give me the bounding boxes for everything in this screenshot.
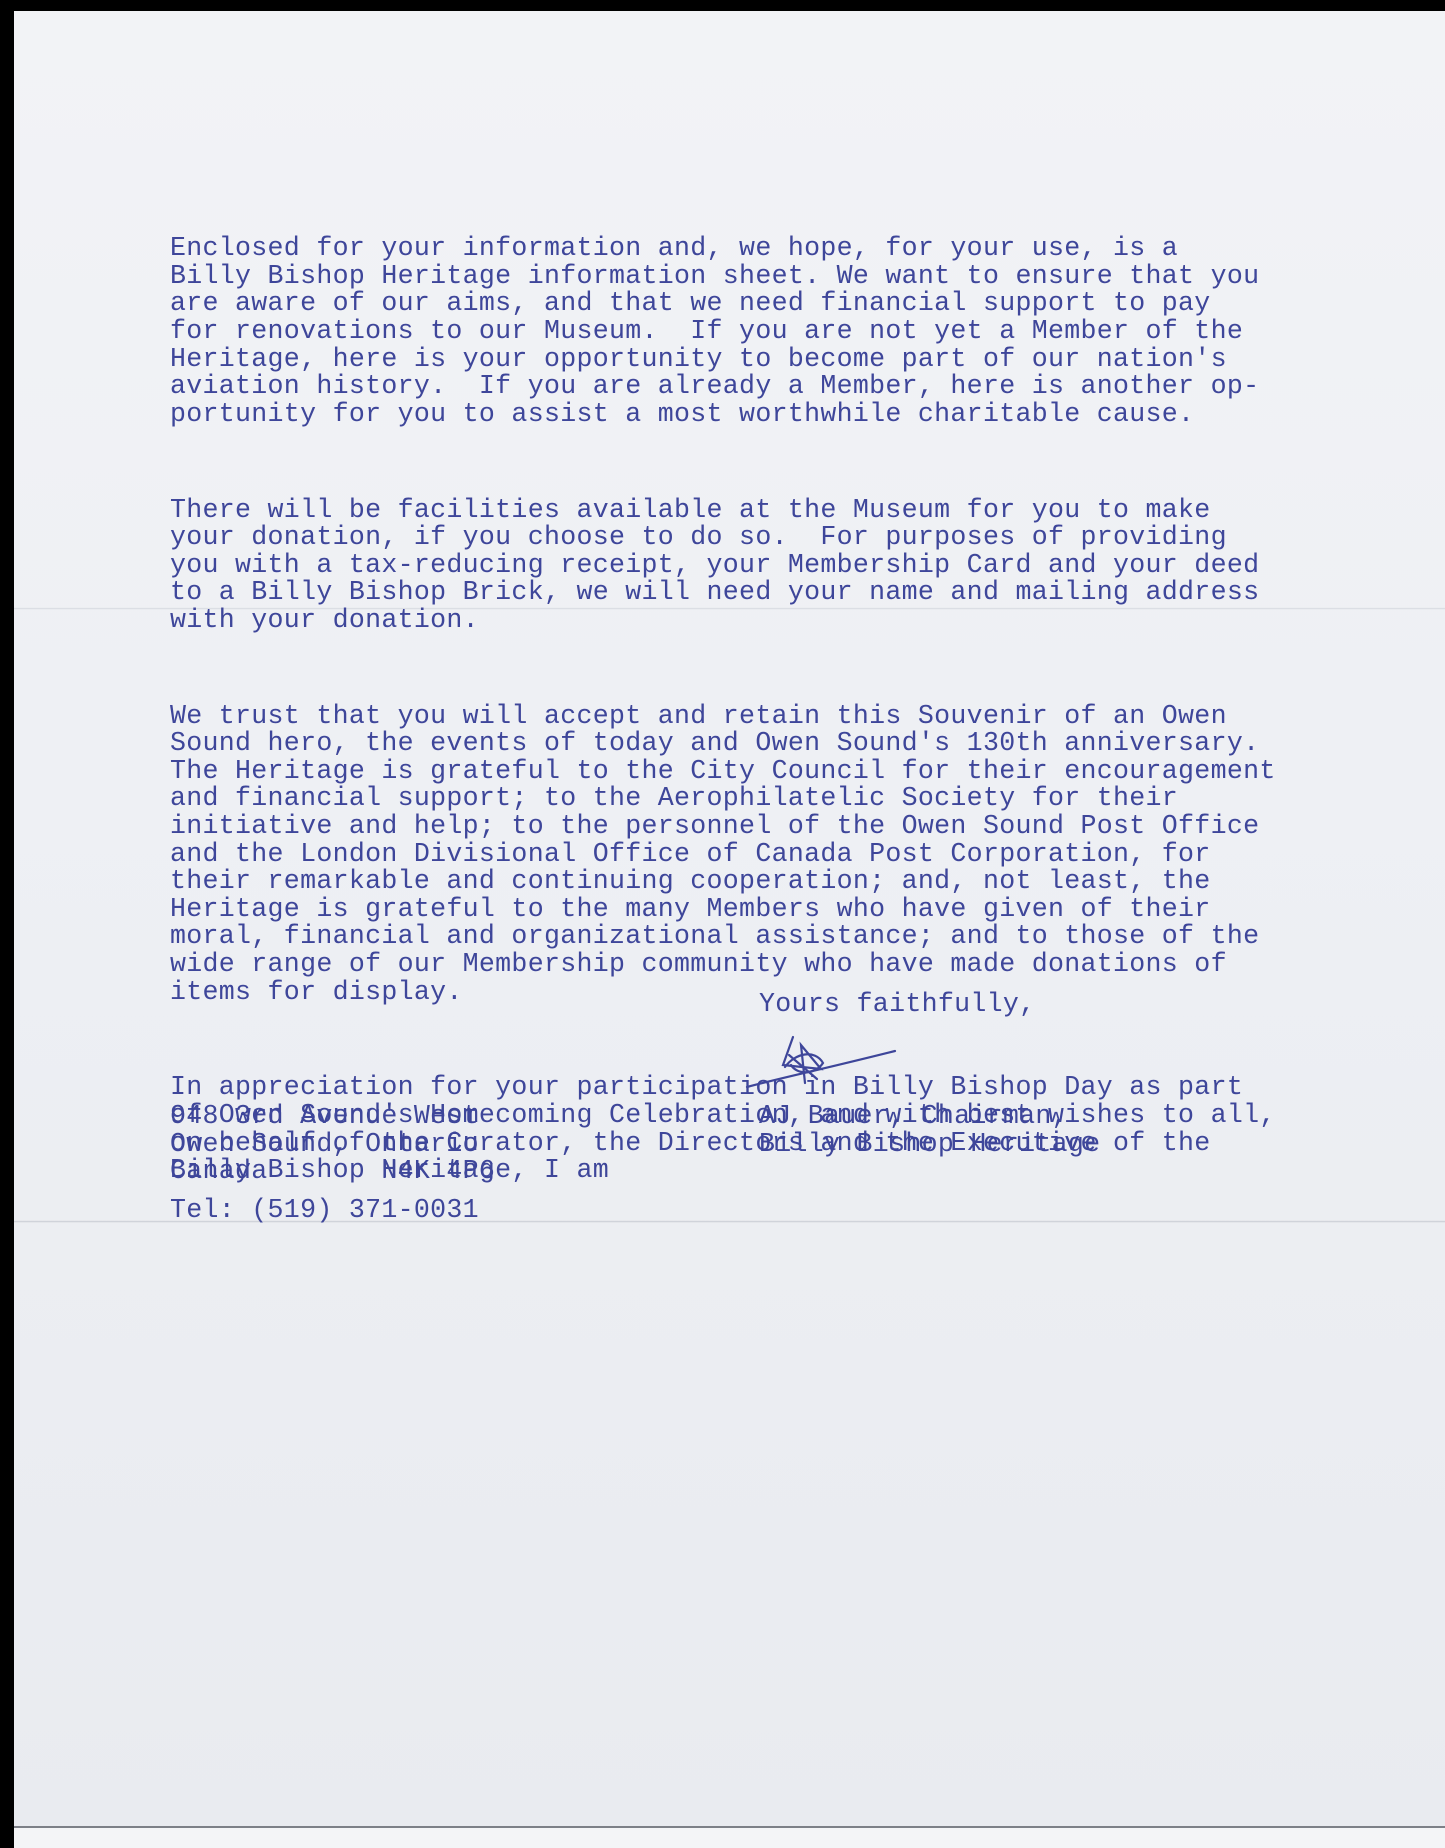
address-line-2: Owen Sound, Ontario <box>170 1131 495 1159</box>
signatory-block: AJ Bauer, Chairman,Billy Bishop Heritage <box>759 1103 1100 1158</box>
signature-icon <box>745 1035 905 1095</box>
closing-salutation: Yours faithfully, <box>759 991 1035 1019</box>
telephone: Tel: (519) 371-0031 <box>170 1197 479 1225</box>
paragraph-1: Enclosed for your information and, we ho… <box>170 235 1276 428</box>
address-line-1: 948 3rd Avenue West <box>170 1103 495 1131</box>
address-block: 948 3rd Avenue WestOwen Sound, OntarioCa… <box>170 1103 495 1186</box>
page-bottom-edge <box>14 1826 1445 1848</box>
signatory-organization: Billy Bishop Heritage <box>759 1131 1100 1159</box>
paragraph-2: There will be facilities available at th… <box>170 497 1276 635</box>
address-line-3: Canada N4K 4P6 <box>170 1158 495 1186</box>
paragraph-3: We trust that you will accept and retain… <box>170 703 1276 1007</box>
signatory-name: AJ Bauer, Chairman, <box>759 1103 1100 1131</box>
letter-body: Enclosed for your information and, we ho… <box>170 180 1276 1225</box>
